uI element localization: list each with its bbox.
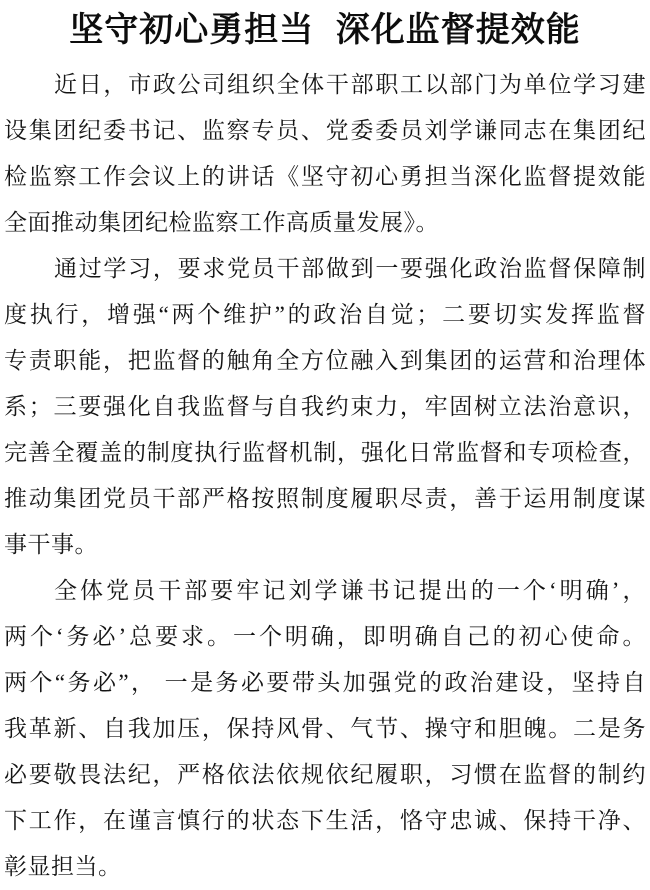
paragraph: 全体党员干部要牢记刘学谦书记提出的一个‘明确’， 两个‘务必’总要求。一个明确，… bbox=[4, 568, 646, 890]
doc-line: 下工作，在谨言慎行的状态下生活，恪守忠诚、保持干净、 bbox=[4, 798, 646, 844]
doc-line: 全体党员干部要牢记刘学谦书记提出的一个‘明确’， bbox=[4, 568, 646, 614]
doc-line: 全面推动集团纪检监察工作高质量发展》。 bbox=[4, 200, 646, 246]
doc-line: 近日，市政公司组织全体干部职工以部门为单位学习建 bbox=[4, 62, 646, 108]
document-page: 坚守初心勇担当 深化监督提效能 近日，市政公司组织全体干部职工以部门为单位学习建… bbox=[0, 0, 650, 890]
doc-line: 检监察工作会议上的讲话《坚守初心勇担当深化监督提效能 bbox=[4, 154, 646, 200]
doc-line: 度执行，增强“两个维护”的政治自觉；二要切实发挥监督 bbox=[4, 292, 646, 338]
doc-line: 事干事。 bbox=[4, 522, 646, 568]
doc-line: 通过学习，要求党员干部做到一要强化政治监督保障制 bbox=[4, 246, 646, 292]
doc-line: 系；三要强化自我监督与自我约束力，牢固树立法治意识， bbox=[4, 384, 646, 430]
doc-line: 完善全覆盖的制度执行监督机制，强化日常监督和专项检查， bbox=[4, 430, 646, 476]
doc-line: 必要敬畏法纪，严格依法依规依纪履职，习惯在监督的制约 bbox=[4, 752, 646, 798]
doc-line: 推动集团党员干部严格按照制度履职尽责，善于运用制度谋 bbox=[4, 476, 646, 522]
paragraph: 通过学习，要求党员干部做到一要强化政治监督保障制 度执行，增强“两个维护”的政治… bbox=[4, 246, 646, 568]
doc-line: 彰显担当。 bbox=[4, 844, 646, 890]
doc-line: 设集团纪委书记、监察专员、党委委员刘学谦同志在集团纪 bbox=[4, 108, 646, 154]
doc-line: 我革新、自我加压，保持风骨、气节、操守和胆魄。二是务 bbox=[4, 706, 646, 752]
doc-line: 专责职能，把监督的触角全方位融入到集团的运营和治理体 bbox=[4, 338, 646, 384]
doc-line: 两个‘务必’总要求。一个明确，即明确自己的初心使命。 bbox=[4, 614, 646, 660]
paragraph: 近日，市政公司组织全体干部职工以部门为单位学习建 设集团纪委书记、监察专员、党委… bbox=[4, 62, 646, 246]
document-title: 坚守初心勇担当 深化监督提效能 bbox=[0, 9, 650, 53]
document-body: 近日，市政公司组织全体干部职工以部门为单位学习建 设集团纪委书记、监察专员、党委… bbox=[0, 62, 650, 890]
doc-line: 两个“务必”， 一是务必要带头加强党的政治建设，坚持自 bbox=[4, 660, 646, 706]
